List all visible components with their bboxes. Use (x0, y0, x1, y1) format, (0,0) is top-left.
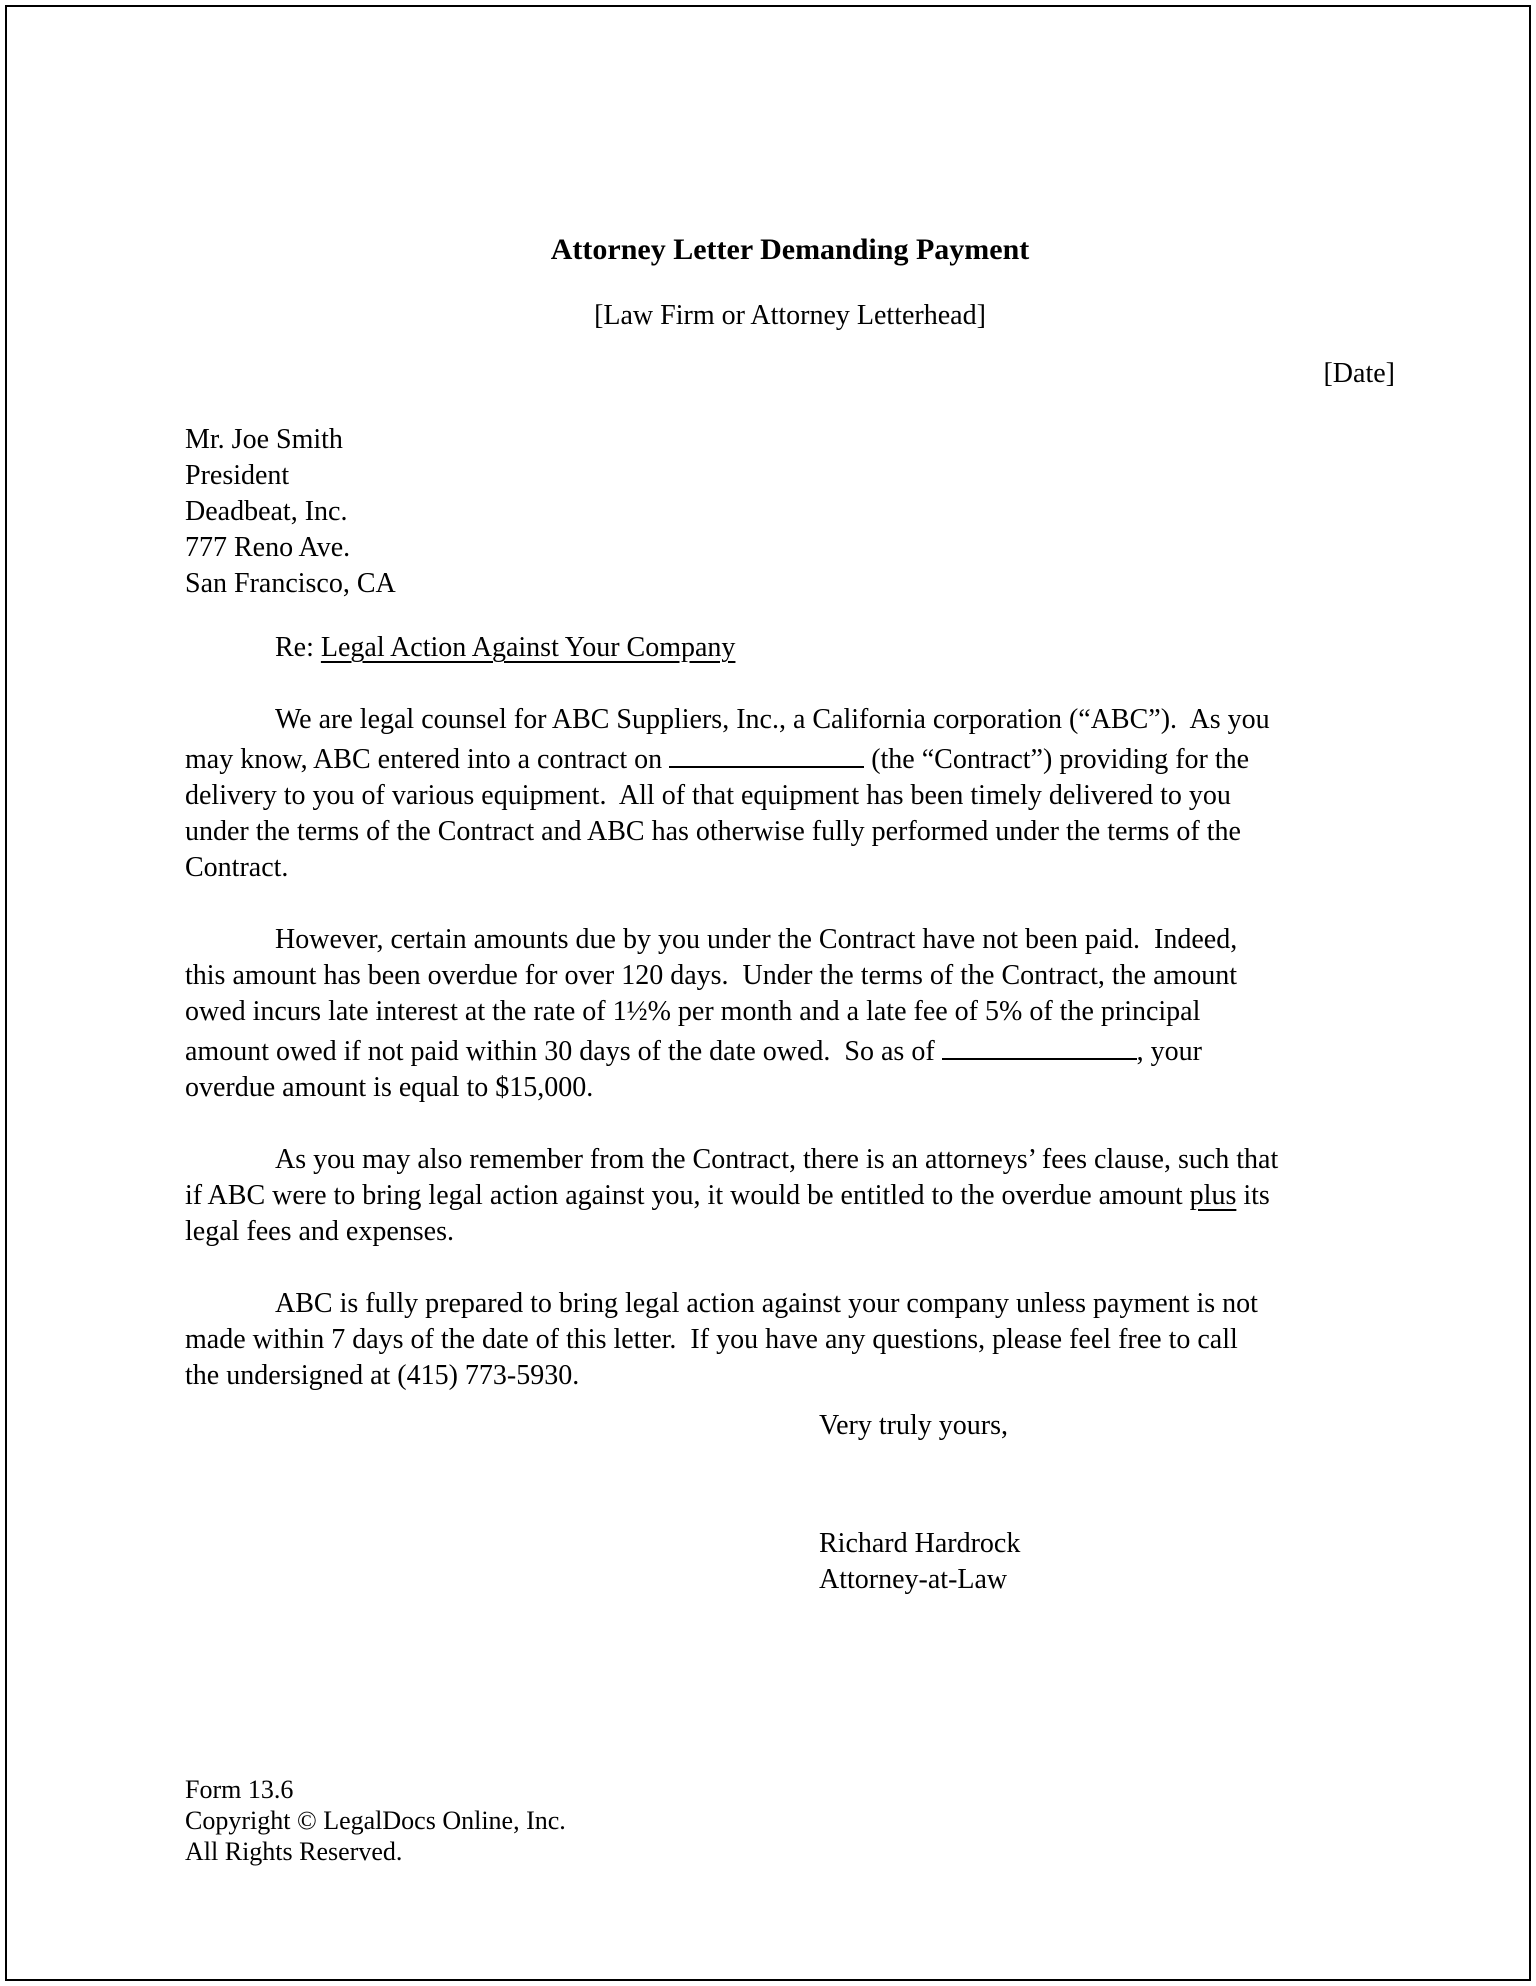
signature-title: Attorney-at-Law (819, 1562, 1395, 1598)
text-line: ABC is fully prepared to bring legal act… (185, 1286, 1395, 1322)
text-segment: amount owed if not paid within 30 days o… (185, 1036, 942, 1067)
text-segment: (the “Contract”) providing for the (864, 744, 1249, 775)
text-line: Contract. (185, 850, 1395, 886)
text-segment: , your (1137, 1036, 1202, 1067)
closing-line: Very truly yours, (819, 1408, 1395, 1444)
text-segment: if ABC were to bring legal action agains… (185, 1180, 1190, 1211)
text-segment: owed incurs late interest at the rate of… (185, 996, 1200, 1027)
text-segment: plus (1190, 1180, 1237, 1211)
text-line: this amount has been overdue for over 12… (185, 958, 1395, 994)
footer-line: Form 13.6 (185, 1774, 566, 1805)
signature-block: Richard Hardrock Attorney-at-Law (819, 1526, 1395, 1598)
recipient-line: San Francisco, CA (185, 566, 1395, 602)
re-subject: Legal Action Against Your Company (321, 632, 736, 663)
blank-field (942, 1030, 1137, 1060)
text-segment: under the terms of the Contract and ABC … (185, 816, 1241, 847)
text-segment: its (1236, 1180, 1269, 1211)
text-segment: delivery to you of various equipment. Al… (185, 780, 1231, 811)
text-segment: ABC is fully prepared to bring legal act… (275, 1288, 1258, 1319)
paragraph: However, certain amounts due by you unde… (185, 922, 1395, 1106)
text-line: delivery to you of various equipment. Al… (185, 778, 1395, 814)
text-line: As you may also remember from the Contra… (185, 1142, 1395, 1178)
recipient-line: 777 Reno Ave. (185, 530, 1395, 566)
recipient-line: Mr. Joe Smith (185, 422, 1395, 458)
recipient-address: Mr. Joe SmithPresidentDeadbeat, Inc.777 … (185, 422, 1395, 602)
blank-field (669, 738, 864, 768)
text-line: We are legal counsel for ABC Suppliers, … (185, 702, 1395, 738)
text-segment: the undersigned at (415) 773-5930. (185, 1360, 579, 1391)
paragraph: We are legal counsel for ABC Suppliers, … (185, 702, 1395, 886)
text-segment: As you may also remember from the Contra… (275, 1144, 1278, 1175)
date-placeholder: [Date] (185, 356, 1395, 392)
text-line: legal fees and expenses. (185, 1214, 1395, 1250)
letter-page: Attorney Letter Demanding Payment [Law F… (0, 0, 1536, 1986)
text-segment: made within 7 days of the date of this l… (185, 1324, 1238, 1355)
text-line: owed incurs late interest at the rate of… (185, 994, 1395, 1030)
text-line: may know, ABC entered into a contract on… (185, 738, 1395, 778)
recipient-line: President (185, 458, 1395, 494)
text-segment: However, certain amounts due by you unde… (275, 924, 1237, 955)
text-line: overdue amount is equal to $15,000. (185, 1070, 1395, 1106)
text-segment: Contract. (185, 852, 288, 883)
text-segment: may know, ABC entered into a contract on (185, 744, 669, 775)
text-segment: overdue amount is equal to $15,000. (185, 1072, 593, 1103)
paragraph: ABC is fully prepared to bring legal act… (185, 1286, 1395, 1394)
footer: Form 13.6Copyright © LegalDocs Online, I… (185, 1774, 566, 1867)
letterhead-placeholder: [Law Firm or Attorney Letterhead] (185, 298, 1395, 334)
text-line: made within 7 days of the date of this l… (185, 1322, 1395, 1358)
letter-content: Attorney Letter Demanding Payment [Law F… (185, 232, 1395, 1598)
text-line: under the terms of the Contract and ABC … (185, 814, 1395, 850)
text-line: amount owed if not paid within 30 days o… (185, 1030, 1395, 1070)
footer-line: Copyright © LegalDocs Online, Inc. (185, 1805, 566, 1836)
text-segment: We are legal counsel for ABC Suppliers, … (275, 704, 1270, 735)
letter-body: We are legal counsel for ABC Suppliers, … (185, 702, 1395, 1394)
text-segment: legal fees and expenses. (185, 1216, 454, 1247)
footer-line: All Rights Reserved. (185, 1836, 566, 1867)
recipient-line: Deadbeat, Inc. (185, 494, 1395, 530)
letter-title: Attorney Letter Demanding Payment (185, 232, 1395, 268)
text-line: However, certain amounts due by you unde… (185, 922, 1395, 958)
paragraph: As you may also remember from the Contra… (185, 1142, 1395, 1250)
text-segment: this amount has been overdue for over 12… (185, 960, 1237, 991)
re-label: Re: (275, 632, 321, 663)
text-line: the undersigned at (415) 773-5930. (185, 1358, 1395, 1394)
re-line: Re: Legal Action Against Your Company (275, 630, 1395, 666)
signature-name: Richard Hardrock (819, 1526, 1395, 1562)
text-line: if ABC were to bring legal action agains… (185, 1178, 1395, 1214)
